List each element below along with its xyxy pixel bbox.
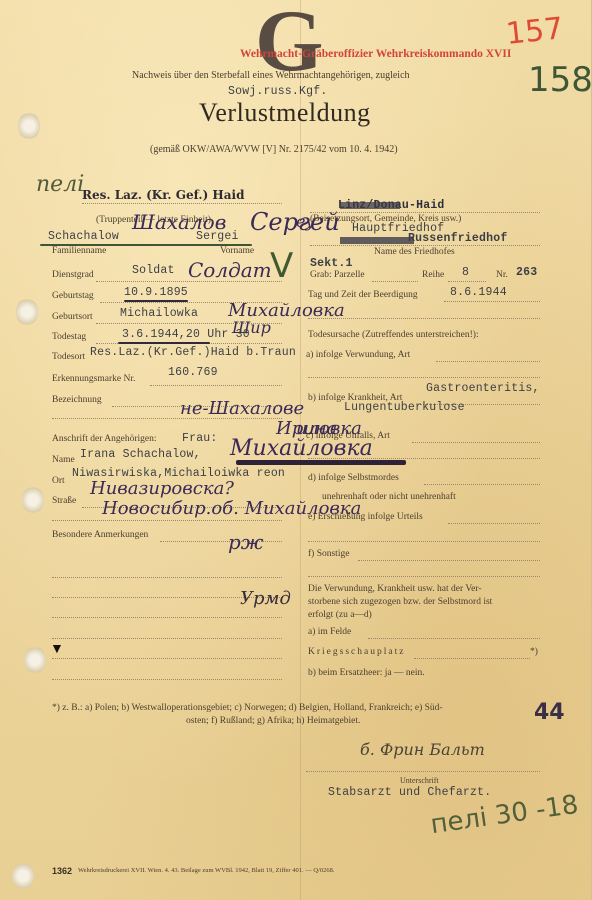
deathplace-label: Todesort bbox=[52, 352, 85, 362]
cemetery-line bbox=[310, 245, 540, 246]
rank-handwritten: Солдат bbox=[188, 258, 272, 282]
id-tag-value: 160.769 bbox=[168, 366, 218, 379]
blank-line bbox=[52, 520, 282, 521]
birthdate-label: Geburtstag bbox=[52, 291, 94, 301]
deathdate-underline bbox=[118, 342, 210, 344]
deathdate-label: Todestag bbox=[52, 332, 86, 342]
margin-note: пелі bbox=[36, 172, 84, 197]
document-page: G Wehrmacht-Gräberoffizier Wehrkreiskomm… bbox=[0, 0, 592, 900]
cause-f-line bbox=[358, 560, 540, 561]
cause-f-label: f) Sonstige bbox=[308, 549, 349, 559]
officer-signature: б. Фрин Бальт bbox=[360, 740, 485, 759]
cause-d-honor: unehrenhaft oder nicht unehrenhaft bbox=[322, 492, 456, 502]
relatives-label: Anschrift der Angehörigen: bbox=[52, 434, 156, 444]
cemetery-label: Name des Friedhofes bbox=[374, 247, 455, 257]
form-number: 1362 bbox=[52, 866, 72, 876]
row-line bbox=[448, 281, 486, 282]
id-tag-label: Erkennungsmarke Nr. bbox=[52, 374, 135, 384]
burial-date-line bbox=[444, 301, 540, 302]
blank-line bbox=[52, 577, 282, 578]
theater-footnote-mark: *) bbox=[530, 647, 538, 657]
burial-place-line bbox=[310, 212, 540, 213]
cause-c-label: c) infolge Unfalls, Art bbox=[306, 431, 390, 441]
row-label: Reihe bbox=[422, 270, 444, 280]
relative-underline bbox=[236, 460, 406, 465]
signature-note-handwritten: Урмд bbox=[240, 588, 291, 609]
row-value: 8 bbox=[462, 266, 469, 279]
punch-hole bbox=[16, 298, 38, 326]
check-mark-icon: V bbox=[270, 246, 293, 286]
firstname-label: Vorname bbox=[220, 246, 254, 256]
footnote-line-1: *) z. B.: a) Polen; b) Westwalloperation… bbox=[52, 703, 443, 713]
theater-line bbox=[414, 658, 530, 659]
field-b-label: b) beim Ersatzheer: ja — nein. bbox=[308, 668, 425, 678]
remarks-label: Besondere Anmerkungen bbox=[52, 530, 148, 540]
printer-info: Wehrkreisdruckerei XVII. Wien. 4. 43. Be… bbox=[78, 867, 334, 874]
ink-mark-icon: ▼ bbox=[50, 642, 64, 658]
id-tag-line bbox=[150, 385, 282, 386]
relatives-prefix: Frau: bbox=[182, 432, 218, 445]
blank-line bbox=[308, 377, 540, 378]
cause-label: Todesursache (Zutreffendes unterstreiche… bbox=[308, 330, 479, 340]
relative-name-value: Irana Schachalow, bbox=[80, 448, 201, 461]
red-header-stamp: Wehrmacht-Gräberoffizier Wehrkreiskomman… bbox=[240, 48, 511, 60]
grave-label: Grab: Parzelle bbox=[310, 270, 365, 280]
surname-value: Schachalow bbox=[48, 230, 119, 243]
circumstance-text-1: Die Verwundung, Krankheit usw. hat der V… bbox=[308, 584, 482, 594]
cause-d-line bbox=[424, 484, 540, 485]
circumstance-text-3: erfolgt (zu a—d) bbox=[308, 610, 372, 620]
nr-value: 263 bbox=[516, 266, 537, 279]
blank-line bbox=[308, 318, 540, 319]
place-handwritten: Нивазировска? bbox=[90, 478, 234, 499]
prisoner-category: Sowj.russ.Kgf. bbox=[228, 85, 327, 98]
rank-label: Dienstgrad bbox=[52, 270, 94, 280]
blank-line bbox=[52, 617, 282, 618]
relative-name-label: Name bbox=[52, 455, 75, 465]
cemetery-value: Russenfriedhof bbox=[408, 232, 507, 245]
designation-handwritten: не-Шахалове bbox=[180, 398, 304, 419]
signature-line bbox=[306, 771, 540, 772]
grave-line bbox=[372, 281, 418, 282]
footnote-line-2: osten; f) Rußland; g) Afrika; h) Heimatg… bbox=[186, 716, 360, 726]
surname-label: Familienname bbox=[52, 246, 106, 256]
blank-line bbox=[308, 541, 540, 542]
rank-value: Soldat bbox=[132, 264, 175, 277]
birthplace-value: Michailowka bbox=[120, 307, 198, 320]
burial-date-label: Tag und Zeit der Beerdigung bbox=[308, 290, 418, 300]
remarks-handwritten: рж bbox=[228, 530, 264, 554]
birthdate-underline bbox=[124, 300, 188, 302]
street-label: Straße bbox=[52, 496, 76, 506]
punch-hole bbox=[22, 486, 44, 514]
redaction-bar bbox=[340, 237, 414, 244]
document-title: Verlustmeldung bbox=[199, 98, 371, 128]
designation-label: Bezeichnung bbox=[52, 395, 102, 405]
theater-label: Kriegsschauplatz bbox=[308, 647, 405, 657]
section-value: Sekt.1 bbox=[310, 257, 353, 270]
cause-b-value: Gastroenteritis, bbox=[426, 382, 540, 395]
unit-line bbox=[82, 203, 282, 204]
place-label: Ort bbox=[52, 476, 65, 486]
blank-line bbox=[52, 418, 282, 419]
burial-date-value: 8.6.1944 bbox=[450, 286, 507, 299]
cause-e-line bbox=[448, 523, 540, 524]
unit-stamp: Res. Laz. (Kr. Gef.) Haid bbox=[82, 188, 245, 202]
cause-e-label: e) Erschießung infolge Urteils bbox=[308, 512, 423, 522]
field-a-label: a) im Felde bbox=[308, 627, 351, 637]
deathplace-value: Res.Laz.(Kr.Gef.)Haid b.Traun bbox=[90, 346, 296, 359]
header-subtitle: Nachweis über den Sterbefall eines Wehrm… bbox=[132, 70, 410, 81]
blank-line bbox=[52, 679, 282, 680]
green-page-number: 158 bbox=[528, 60, 592, 100]
cause-d-label: d) infolge Selbstmordes bbox=[308, 473, 399, 483]
birthdate-value: 10.9.1895 bbox=[124, 286, 188, 299]
blank-line bbox=[52, 638, 282, 639]
cause-b-value-2: Lungentuberkulose bbox=[344, 401, 465, 414]
punch-hole bbox=[24, 646, 46, 674]
signature-typed-title: Stabsarzt und Chefarzt. bbox=[328, 786, 491, 799]
redaction-bar bbox=[340, 202, 400, 209]
circumstance-text-2: storbene sich zugezogen bzw. der Selbstm… bbox=[308, 597, 492, 607]
cause-a-label: a) infolge Verwundung, Art bbox=[306, 350, 410, 360]
punch-hole bbox=[18, 112, 40, 140]
signature-label: Unterschrift bbox=[400, 776, 439, 785]
birthplace-label: Geburtsort bbox=[52, 312, 93, 322]
order-reference: (gemäß OKW/AWA/WVW [V] Nr. 2175/42 vom 1… bbox=[150, 144, 398, 155]
punch-hole bbox=[12, 862, 34, 890]
nr-label: Nr. bbox=[496, 270, 508, 280]
field-a-line bbox=[368, 638, 540, 639]
blank-line bbox=[52, 658, 282, 659]
deathdate-value: 3.6.1944,20 Uhr 30 bbox=[122, 328, 250, 341]
corner-stamp: 44 bbox=[534, 700, 565, 725]
firstname-value: Sergei bbox=[196, 230, 239, 243]
red-page-number: 157 bbox=[504, 11, 565, 52]
cause-c-line bbox=[412, 442, 540, 443]
blank-line bbox=[308, 458, 540, 459]
blank-line bbox=[308, 576, 540, 577]
cause-a-line bbox=[436, 361, 540, 362]
